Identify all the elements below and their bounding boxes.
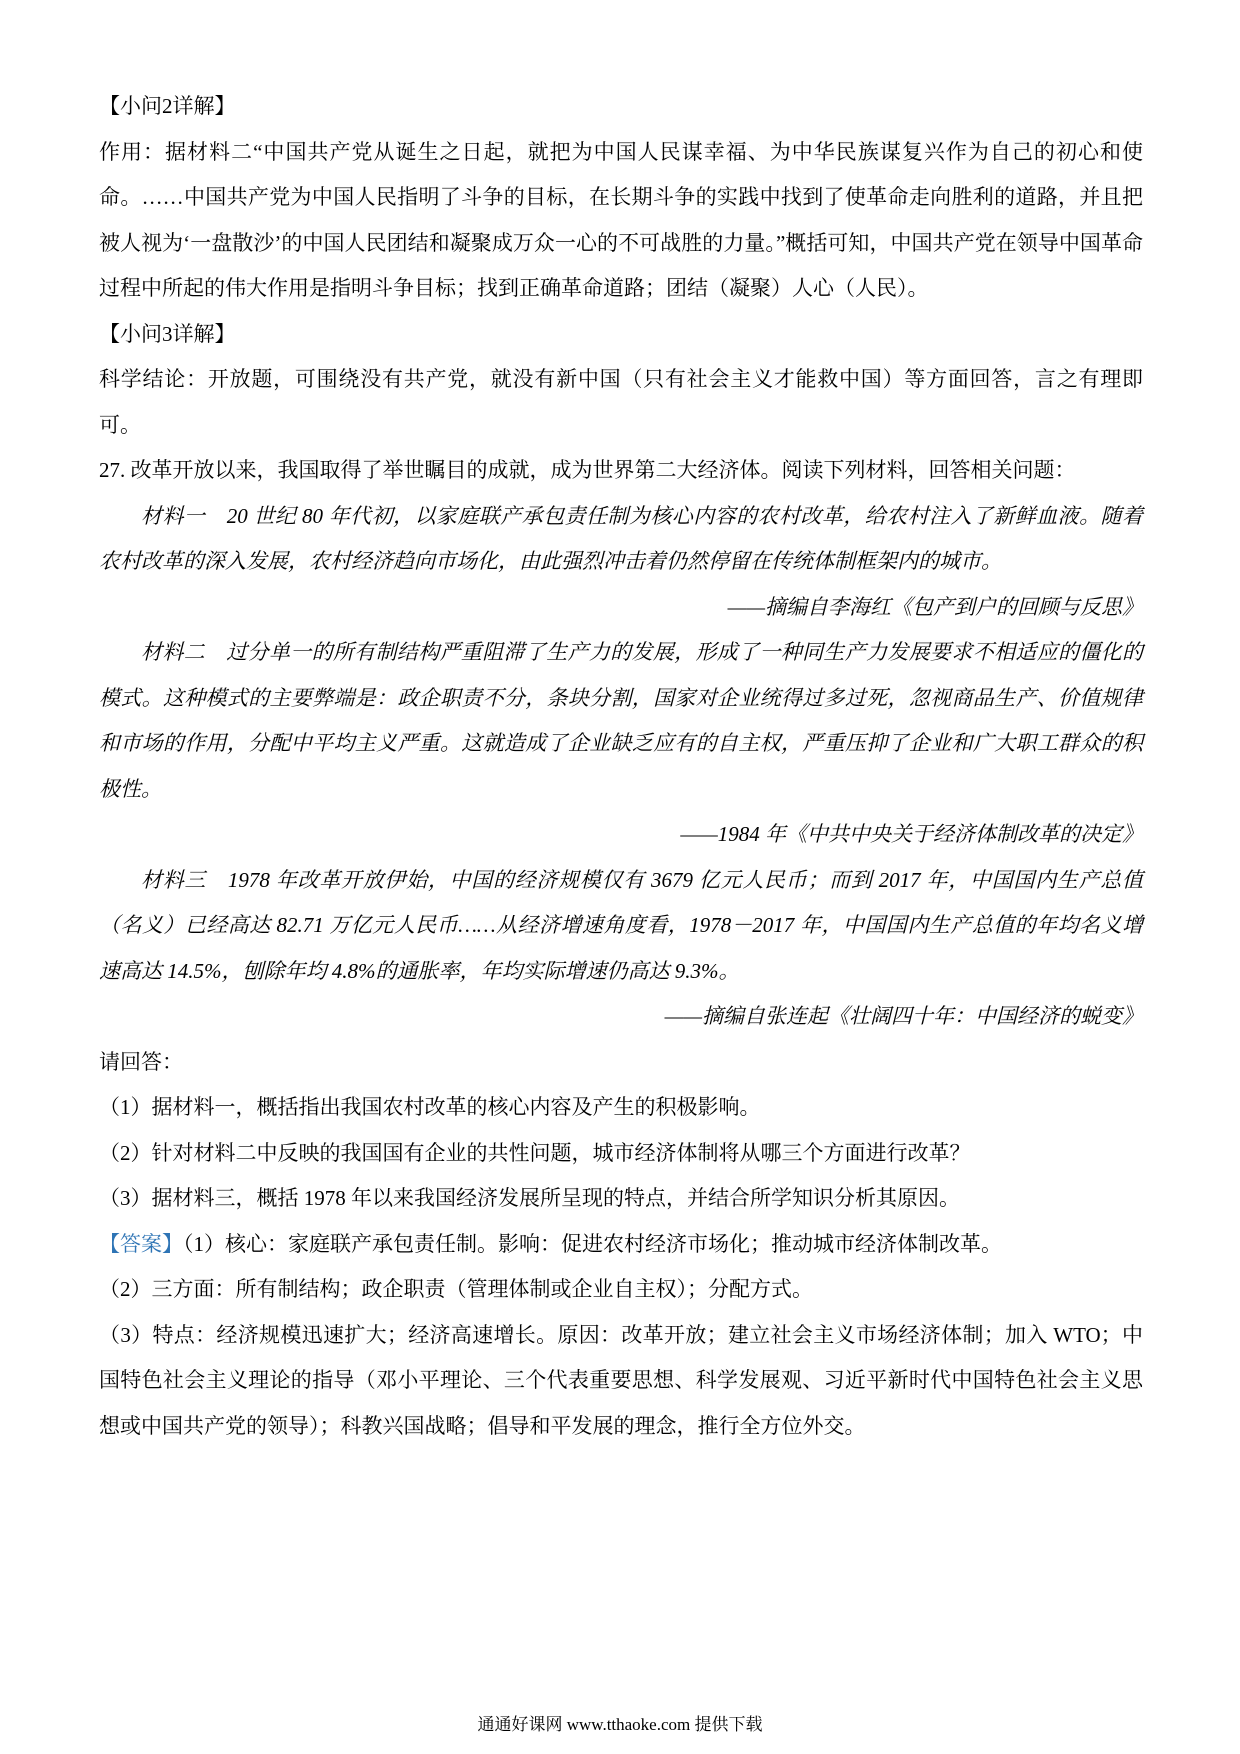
- body-paragraph: 27. 改革开放以来，我国取得了举世瞩目的成就，成为世界第二大经济体。阅读下列材…: [99, 448, 1143, 494]
- page-footer: 通通好课网 www.tthaoke.com 提供下载: [0, 1714, 1240, 1736]
- section-heading: 【小问2详解】: [99, 84, 1143, 130]
- body-paragraph: （1）据材料一，概括指出我国农村改革的核心内容及产生的积极影响。: [99, 1085, 1143, 1131]
- body-paragraph: （2）针对材料二中反映的我国国有企业的共性问题，城市经济体制将从哪三个方面进行改…: [99, 1131, 1143, 1177]
- material-paragraph: 材料三 1978 年改革开放伊始，中国的经济规模仅有 3679 亿元人民币；而到…: [99, 858, 1143, 995]
- section-heading: 【小问3详解】: [99, 312, 1143, 358]
- body-paragraph: （2）三方面：所有制结构；政企职责（管理体制或企业自主权）；分配方式。: [99, 1267, 1143, 1313]
- answer-text: （1）核心：家庭联产承包责任制。影响：促进农村经济市场化；推动城市经济体制改革。: [183, 1232, 1002, 1256]
- document-page: 【小问2详解】作用：据材料二“中国共产党从诞生之日起，就把为中国人民谋幸福、为中…: [0, 0, 1240, 1754]
- body-paragraph: （3）据材料三，概括 1978 年以来我国经济发展所呈现的特点，并结合所学知识分…: [99, 1176, 1143, 1222]
- material-paragraph: 材料二 过分单一的所有制结构严重阻滞了生产力的发展，形成了一种同生产力发展要求不…: [99, 630, 1143, 812]
- footer-download-note: 通通好课网 www.tthaoke.com 提供下载: [477, 1715, 762, 1734]
- material-paragraph: 材料一 20 世纪 80 年代初，以家庭联产承包责任制为核心内容的农村改革，给农…: [99, 494, 1143, 585]
- body-paragraph: 科学结论：开放题，可围绕没有共产党，就没有新中国（只有社会主义才能救中国）等方面…: [99, 357, 1143, 448]
- answer-paragraph: 【答案】（1）核心：家庭联产承包责任制。影响：促进农村经济市场化；推动城市经济体…: [99, 1222, 1143, 1268]
- citation-line: ——1984 年《中共中央关于经济体制改革的决定》: [99, 812, 1143, 858]
- body-paragraph: 请回答：: [99, 1040, 1143, 1086]
- body-paragraph: 作用：据材料二“中国共产党从诞生之日起，就把为中国人民谋幸福、为中华民族谋复兴作…: [99, 130, 1143, 312]
- citation-line: ——摘编自李海红《包产到户的回顾与反思》: [99, 585, 1143, 631]
- document-content: 【小问2详解】作用：据材料二“中国共产党从诞生之日起，就把为中国人民谋幸福、为中…: [99, 84, 1143, 1449]
- citation-line: ——摘编自张连起《壮阔四十年：中国经济的蜕变》: [99, 994, 1143, 1040]
- answer-label: 【答案】: [99, 1232, 183, 1256]
- body-paragraph: （3）特点：经济规模迅速扩大；经济高速增长。原因：改革开放；建立社会主义市场经济…: [99, 1313, 1143, 1450]
